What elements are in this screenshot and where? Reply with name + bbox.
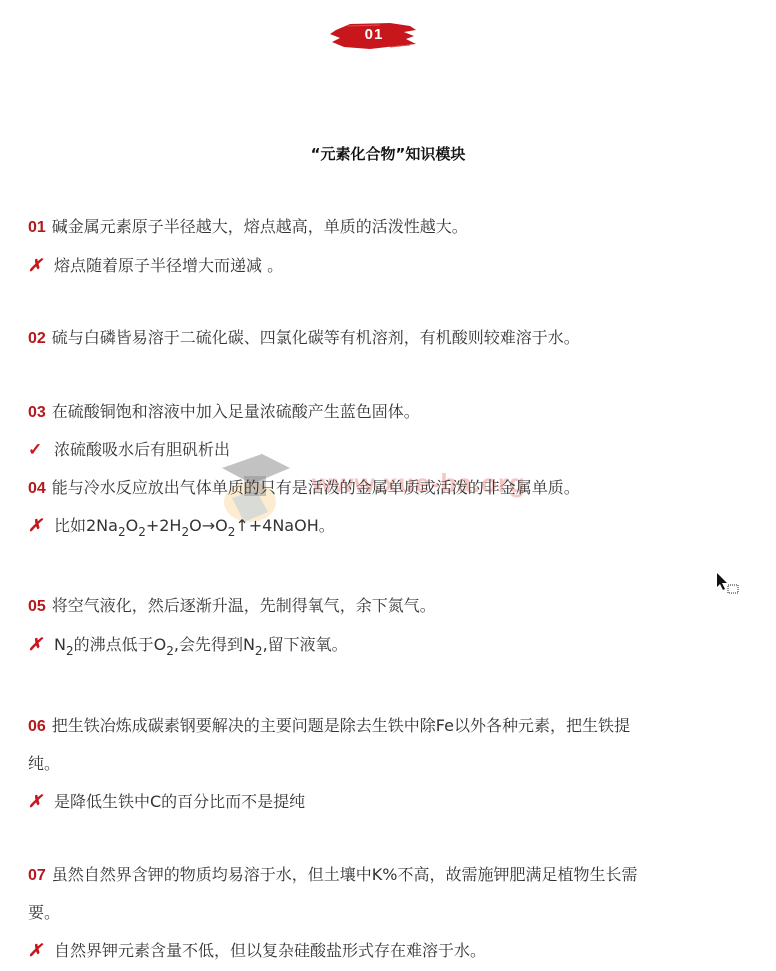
item-04-explanation: ✗比如2Na2O2+2H2O→O2↑+4NaOH。	[28, 507, 754, 545]
item-02-statement: 02硫与白磷皆易溶于二硫化碳、四氯化碳等有机溶剂，有机酸则较难溶于水。	[28, 319, 754, 358]
section-number-badge: 01	[330, 20, 418, 52]
item-06-statement-line1: 06把生铁冶炼成碳素钢要解决的主要问题是除去生铁中除Fe以外各种元素，把生铁提	[28, 707, 754, 746]
item-06-statement-line2: 纯。	[28, 745, 754, 783]
item-07-explanation: ✗自然界钾元素含量不低，但以复杂硅酸盐形式存在难溶于水。	[28, 932, 754, 970]
item-07-statement-line2: 要。	[28, 894, 754, 932]
item-01-explanation: ✗熔点随着原子半径增大而递减 。	[28, 247, 754, 285]
item-03-explanation: ✓浓硫酸吸水后有胆矾析出	[28, 431, 754, 469]
item-number: 04	[28, 480, 46, 497]
item-number: 07	[28, 867, 46, 884]
cross-icon: ✗	[28, 783, 48, 821]
item-number: 05	[28, 598, 46, 615]
item-number: 02	[28, 330, 46, 347]
item-07-statement-line1: 07虽然自然界含钾的物质均易溶于水，但土壤中K%不高，故需施钾肥满足植物生长需	[28, 856, 754, 895]
mouse-cursor-icon	[716, 572, 742, 598]
cross-icon: ✗	[28, 247, 48, 285]
cross-icon: ✗	[28, 932, 48, 970]
item-number: 01	[28, 219, 46, 236]
page-title: “元素化合物”知识模块	[0, 143, 776, 164]
badge-label: 01	[330, 20, 418, 52]
item-01-statement: 01碱金属元素原子半径越大，熔点越高，单质的活泼性越大。	[28, 208, 754, 247]
item-06-explanation: ✗是降低生铁中C的百分比而不是提纯	[28, 783, 754, 821]
item-04-statement: 04能与冷水反应放出气体单质的只有是活泼的金属单质或活泼的非金属单质。	[28, 469, 754, 508]
item-03-statement: 03在硫酸铜饱和溶液中加入足量浓硫酸产生蓝色固体。	[28, 393, 754, 432]
item-05-statement: 05将空气液化，然后逐渐升温，先制得氧气，余下氮气。	[28, 587, 754, 626]
item-number: 06	[28, 718, 46, 735]
check-icon: ✓	[28, 431, 48, 469]
cross-icon: ✗	[28, 626, 48, 664]
cross-icon: ✗	[28, 507, 48, 545]
item-number: 03	[28, 404, 46, 421]
item-05-explanation: ✗N2的沸点低于O2,会先得到N2,留下液氧。	[28, 626, 754, 664]
